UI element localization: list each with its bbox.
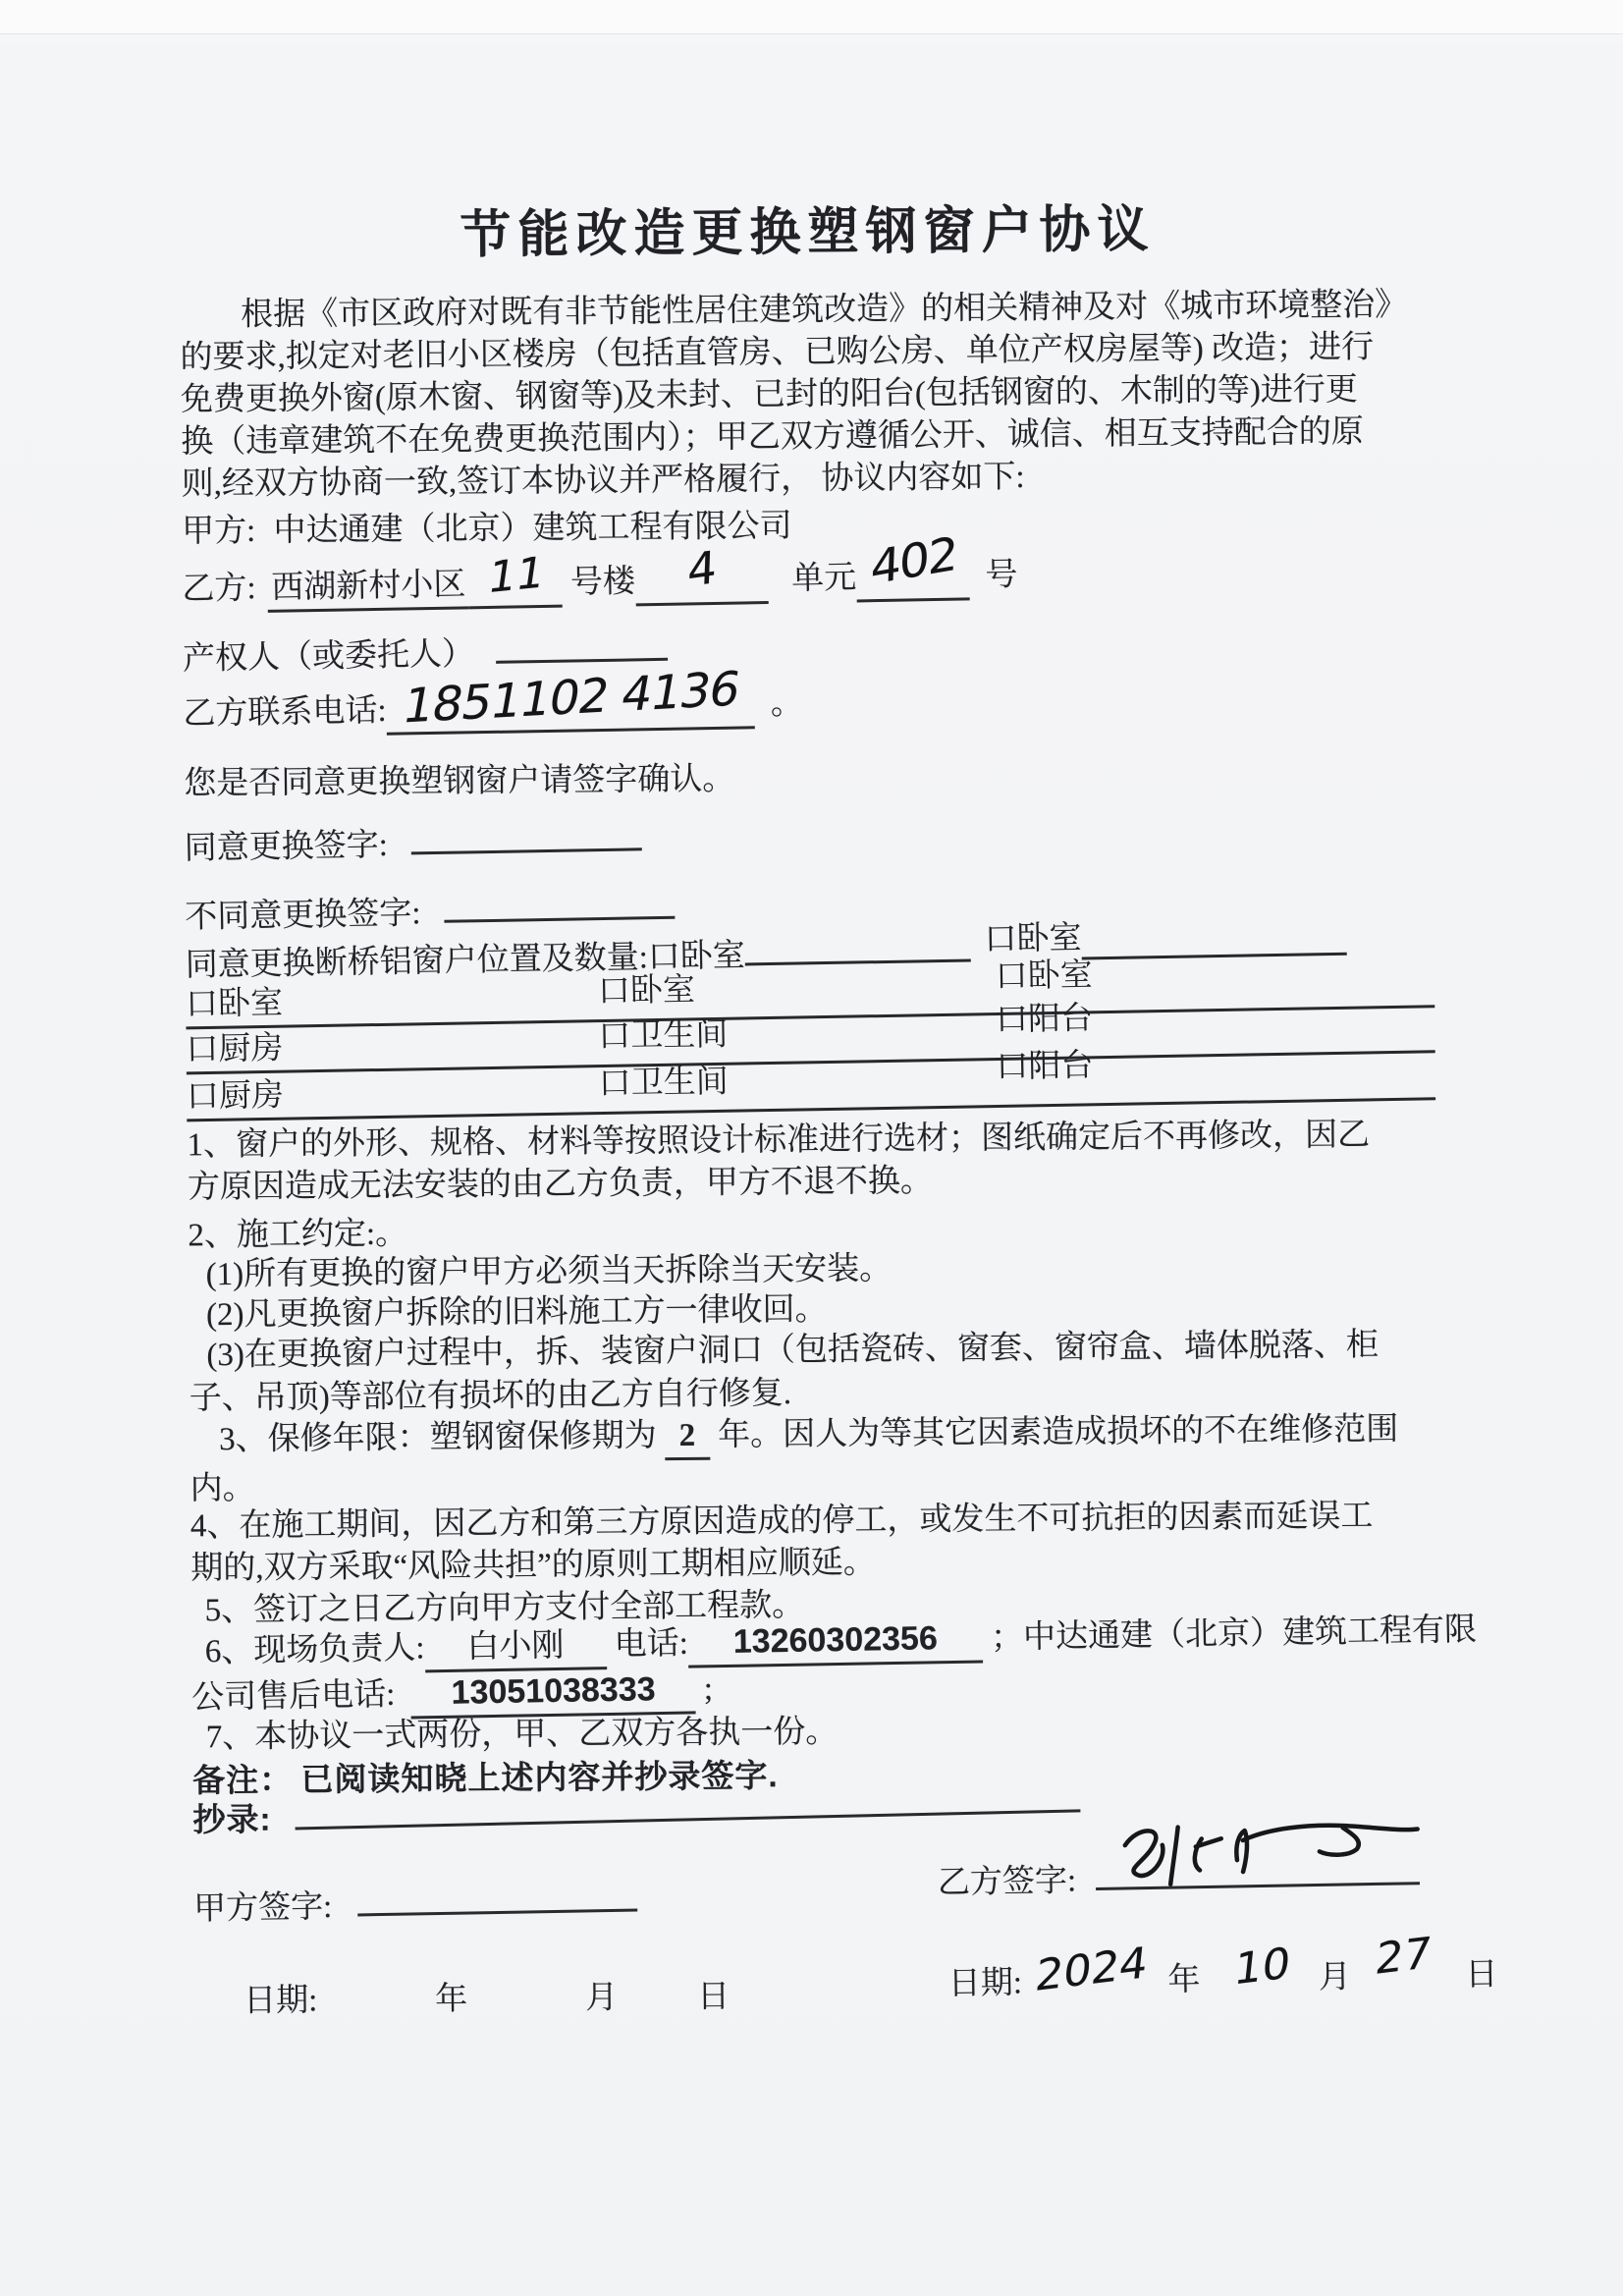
phone-b-row: 乙方联系电话:1851102 4136 。 (183, 677, 803, 738)
clause2-item3-line1: (3)在更换窗户过程中，拆、装窗户洞口（包括瓷砖、窗套、窗帘盒、墙体脱落、柜 (206, 1325, 1379, 1377)
intro-line-5: 则,经双方协商一致,签订本协议并严格履行， 协议内容如下: (181, 457, 1024, 506)
room-no-field: 402 (856, 549, 970, 602)
clause4-line1: 4、在施工期间，因乙方和第三方原因造成的停工，或发生不可抗拒的因素而延误工 (190, 1496, 1374, 1549)
copy-label: 抄录: (192, 1801, 271, 1838)
copy-row: 抄录: (192, 1790, 1081, 1842)
disagree-row: 不同意更换签字: (185, 889, 676, 940)
party-a-sign-line (358, 1908, 638, 1916)
date-b-month-handwriting: 10 (1232, 1942, 1293, 1992)
party-b-label: 乙方: (182, 571, 256, 607)
warranty-years-field: 2 (665, 1415, 710, 1460)
clause7: 7、本协议一式两份，甲、乙双方各执一份。 (206, 1712, 839, 1760)
selection-r3c2: 口卫生间 (598, 1056, 729, 1104)
date-b-year-handwriting: 2024 (1034, 1941, 1150, 1997)
date-b-day-handwriting: 27 (1374, 1932, 1434, 1981)
clause2-item3-line2: 子、吊顶)等部位有损坏的由乙方自行修复. (189, 1373, 792, 1420)
phone-b-label: 乙方联系电话: (183, 693, 387, 733)
clause3-pre: 3、保修年限：塑钢窗保修期为 (219, 1418, 657, 1457)
aftersale-label: 公司售后电话: (191, 1677, 396, 1717)
selection-r2c2: 口卫生间 (598, 1009, 729, 1057)
date-a-month-label: 月 (585, 1978, 618, 2020)
date-a-day-label: 日 (697, 1977, 730, 2019)
building-no-field: 11 (468, 558, 563, 610)
aftersale-phone: 13051038333 (451, 1670, 656, 1712)
date-b-month-label: 月 (1319, 1960, 1352, 1996)
date-b-day-label: 日 (1465, 1957, 1498, 1994)
disagree-label: 不同意更换签字: (185, 896, 421, 935)
selection-r1c2: 口卧室 (597, 963, 695, 1011)
site-manager-phone-field: 13260302356 (687, 1616, 983, 1667)
selection-r1c1: 口卧室 (186, 977, 284, 1025)
room-label: 号 (985, 558, 1018, 594)
clause2: 2、施工约定:。 (188, 1213, 407, 1257)
unit-no-handwriting: 4 (686, 546, 717, 592)
date-b-year-label: 年 (1167, 1962, 1201, 1998)
aftersale-phone-field: 13051038333 (410, 1667, 696, 1719)
selection-row0-line-2 (1081, 920, 1347, 960)
copy-line (296, 1809, 1081, 1830)
clause6-end: ; (704, 1671, 714, 1707)
date-b-label: 日期: (948, 1965, 1023, 2001)
date-b-row: 日期: 2024 年 10 月 27 日 (947, 1949, 1497, 2006)
selection-row0-line-1 (744, 926, 971, 965)
date-a-label: 日期: (243, 1980, 318, 2023)
remark-text: 已阅读知晓上述内容并抄录签字. (300, 1757, 778, 1797)
clause6-mid: ；中达通建（北京）建筑工程有限 (991, 1613, 1478, 1657)
page-title: 节能改造更换塑钢窗户协议 (179, 198, 1435, 268)
document-content: 节能改造更换塑钢窗户协议 根据《市区政府对既有非节能性居住建筑改造》的相关精神及… (177, 0, 1453, 2296)
date-a-year-label: 年 (435, 1979, 467, 2021)
clause4-line2: 期的,双方采取“风险共担”的原则工期相应顺延。 (190, 1542, 876, 1590)
agree-row: 同意更换签字: (184, 820, 642, 870)
site-manager-name: 白小刚 (466, 1628, 565, 1666)
party-a-sign-label: 甲方签字: (193, 1889, 333, 1927)
remark-label: 备注： (192, 1761, 293, 1798)
phone-b-handwriting: 1851102 4136 (400, 669, 742, 729)
selection-r1c3: 口卧室 (995, 949, 1093, 997)
phone-b-period: 。 (771, 685, 804, 722)
party-a-label: 甲方: (182, 514, 255, 550)
selection-r2c3: 口阳台 (996, 992, 1094, 1040)
selection-r2c1: 口厨房 (186, 1022, 284, 1070)
warranty-years: 2 (678, 1418, 695, 1453)
intro-line-4: 换（违章建筑不在免费更换范围内）；甲乙双方遵循公开、诚信、相互支持配合的原 (181, 411, 1364, 465)
clause1-line1: 1、窗户的外形、规格、材料等按照设计标准进行选材；图纸确定后不再修改，因乙 (187, 1115, 1370, 1168)
room-no-handwriting: 402 (870, 533, 957, 589)
agree-signature-line (411, 847, 642, 854)
clause6-tel-label: 电话: (614, 1626, 688, 1663)
building-no-handwriting: 11 (485, 552, 547, 600)
party-b-signature-handwriting (1111, 1813, 1436, 1904)
unit-label: 单元 (791, 560, 857, 596)
party-a-sign-row: 甲方签字: (193, 1881, 638, 1931)
owner-signature-line (496, 626, 669, 664)
confirm-prompt: 您是否同意更换塑钢窗户请签字确认。 (184, 759, 734, 806)
party-b-sign-label: 乙方签字: (938, 1863, 1077, 1900)
community-name: 西湖新村小区 (271, 567, 466, 605)
site-manager-field: 白小刚 (424, 1624, 607, 1672)
clause1-line2: 方原因造成无法安装的由乙方负责，甲方不退不换。 (188, 1161, 933, 1210)
unit-no-field: 4 (635, 553, 769, 606)
selection-r3c1: 口厨房 (186, 1069, 284, 1118)
clause6-pre: 6、现场负责人: (205, 1630, 425, 1669)
selection-r3c3: 口阳台 (996, 1039, 1094, 1087)
owner-label: 产权人（或委托人） (183, 636, 475, 677)
clause3-line1: 3、保修年限：塑钢窗保修期为 2 年。因人为等其它因素造成损坏的不在维修范围 (219, 1409, 1398, 1464)
building-label: 号楼 (570, 564, 636, 600)
clause3-line2: 内。 (189, 1468, 254, 1511)
agree-label: 同意更换签字: (184, 828, 388, 867)
phone-b-field: 1851102 4136 (386, 678, 755, 736)
scanned-agreement-page: 节能改造更换塑钢窗户协议 根据《市区政府对既有非节能性居住建筑改造》的相关精神及… (0, 0, 1623, 2296)
site-manager-phone: 13260302356 (732, 1619, 938, 1661)
disagree-signature-line (445, 916, 676, 923)
community-field: 西湖新村小区 (267, 564, 469, 613)
clause3-post: 年。因人为等其它因素造成损坏的不在维修范围 (718, 1412, 1398, 1453)
party-b-row: 乙方: 西湖新村小区11 号楼4 单元402 号 (182, 549, 1018, 615)
